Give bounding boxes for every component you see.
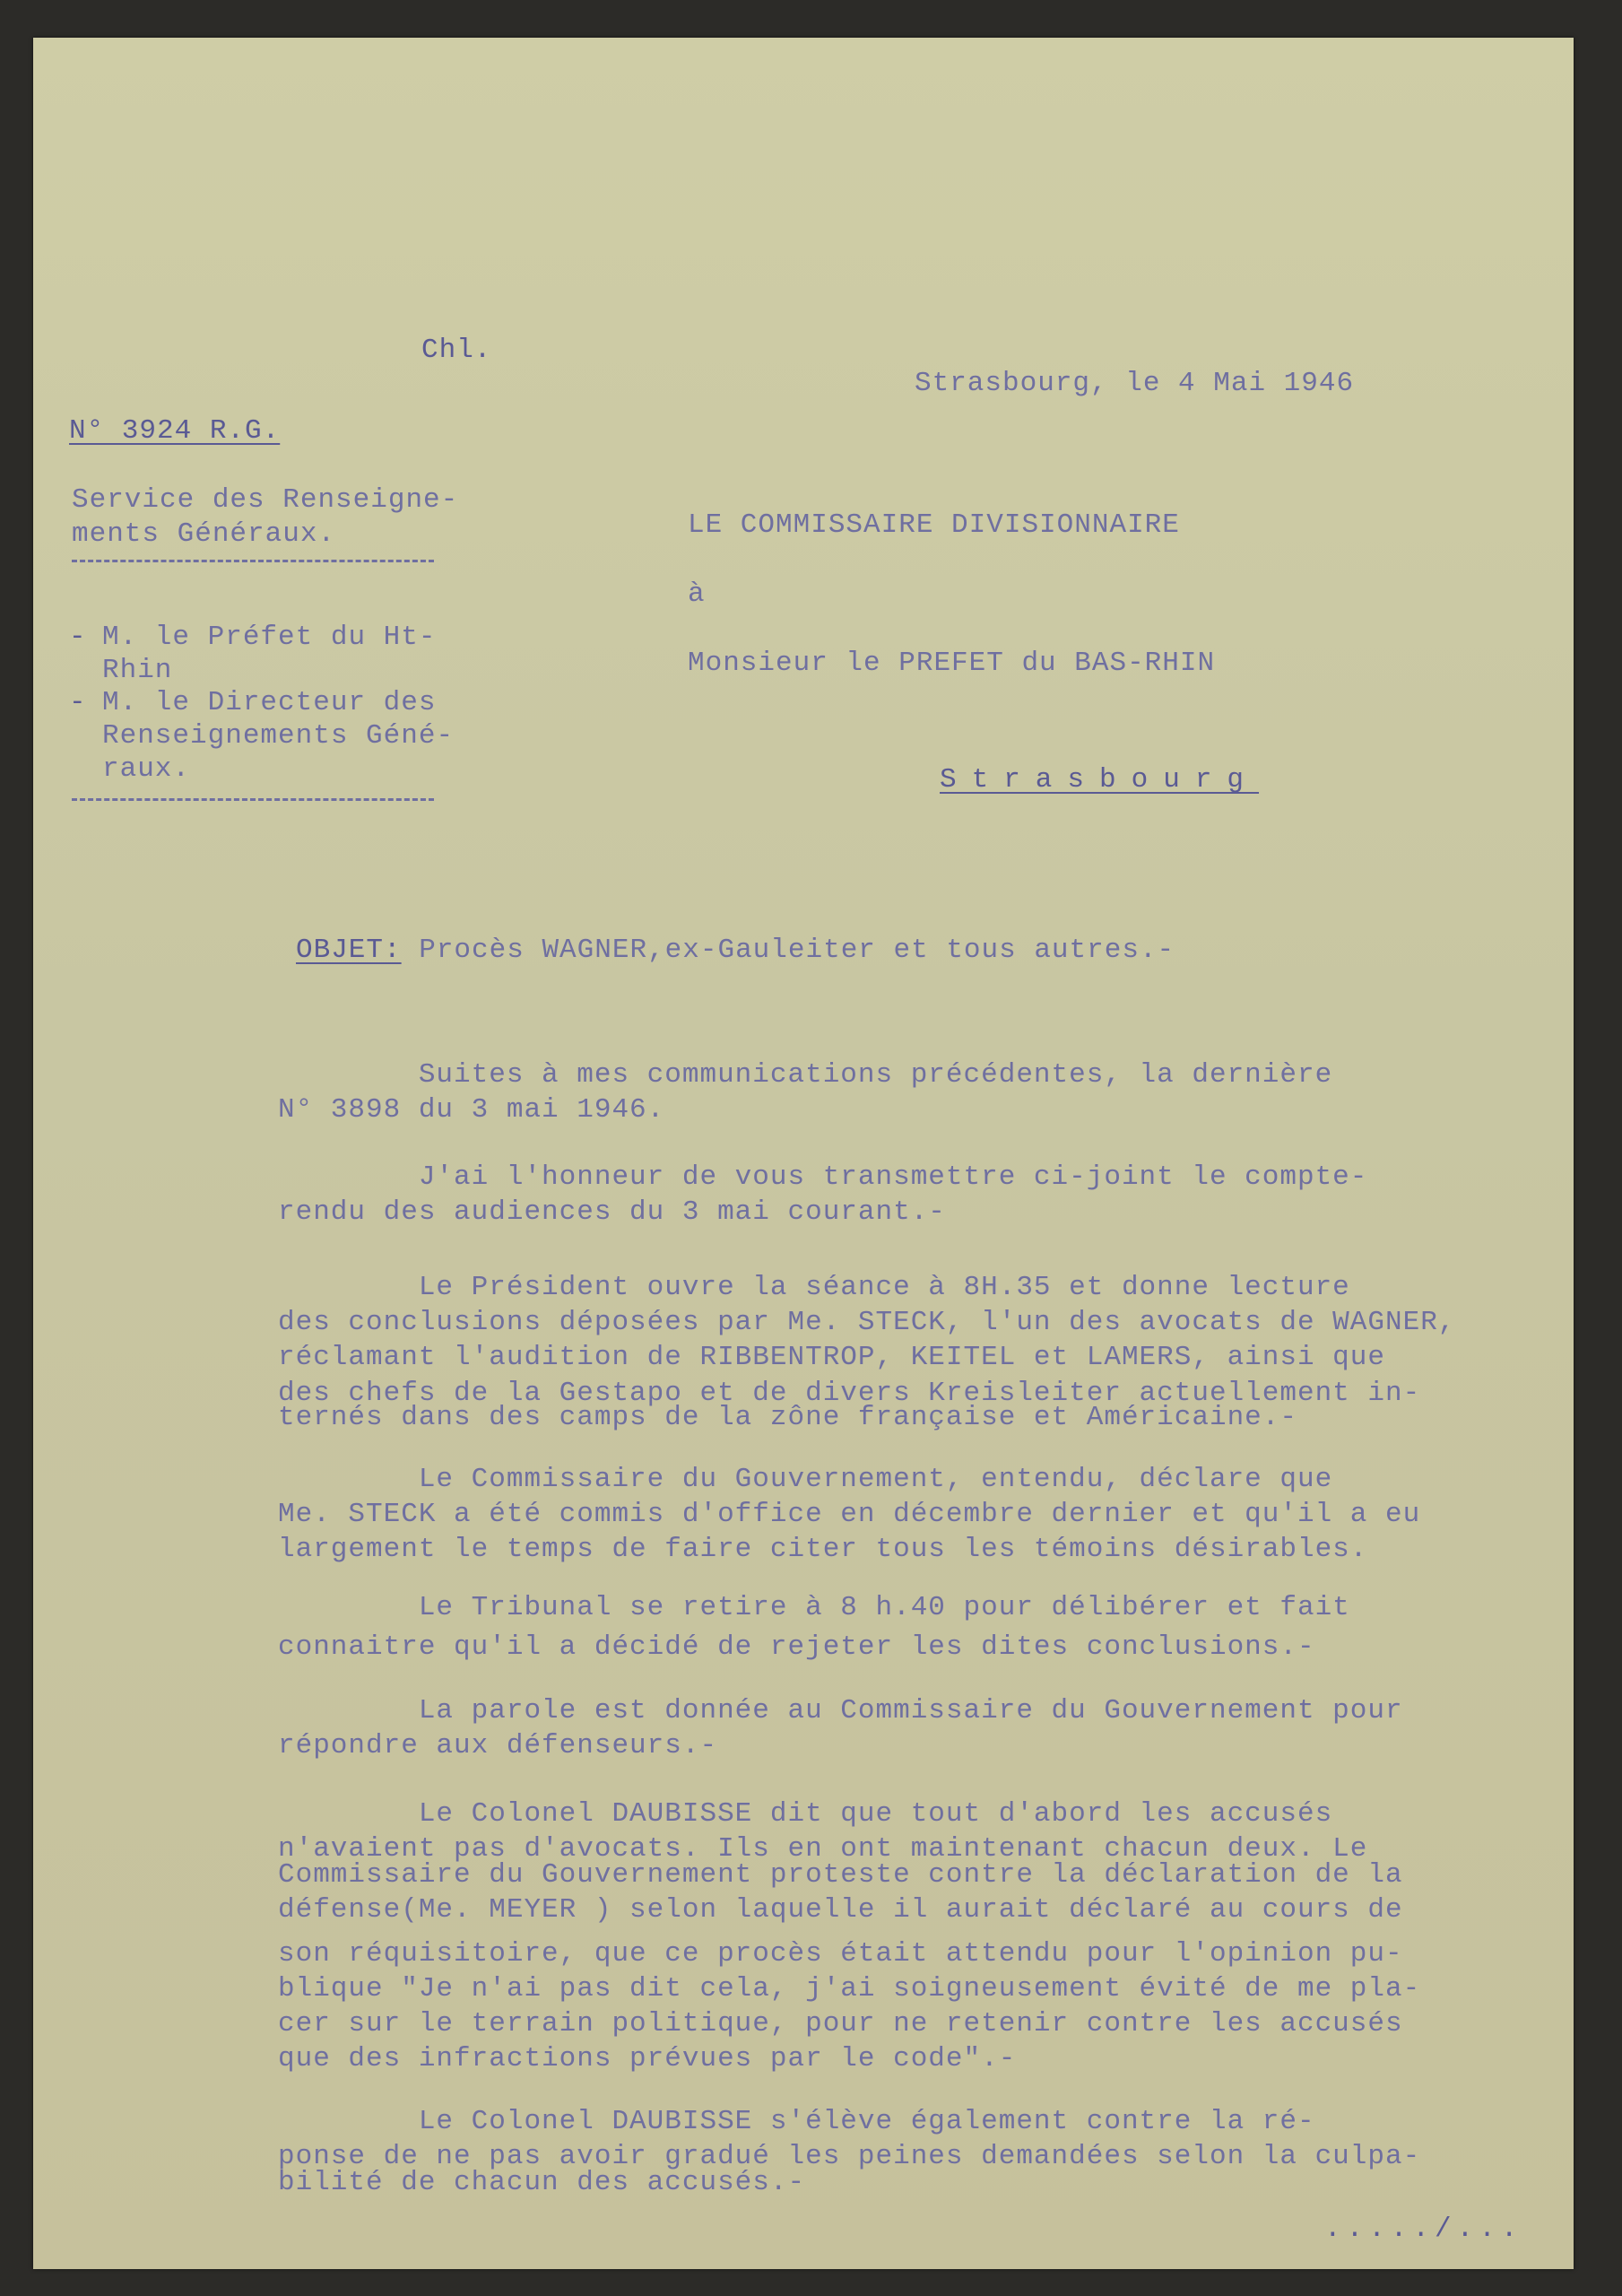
object-label: OBJET: xyxy=(296,935,402,966)
body-line: rendu des audiences du 3 mai courant.- xyxy=(278,1198,946,1226)
recipient: Monsieur le PREFET du BAS-RHIN xyxy=(688,649,1215,677)
body-line: bilité de chacun des accusés.- xyxy=(278,2169,805,2196)
body-line: Me. STECK a été commis d'office en décem… xyxy=(278,1500,1420,1528)
object-line: OBJET: Procès WAGNER,ex-Gauleiter et tou… xyxy=(296,936,1175,964)
copy-2-line-1: M. le Directeur des xyxy=(102,689,436,717)
copy-dash-2: - xyxy=(69,689,87,717)
body-line: Suites à mes communications précédentes,… xyxy=(278,1061,1332,1089)
body-line: Le Commissaire du Gouvernement, entendu,… xyxy=(278,1465,1332,1493)
body-line: N° 3898 du 3 mai 1946. xyxy=(278,1096,664,1124)
body-line: largement le temps de faire citer tous l… xyxy=(278,1535,1367,1563)
body-line: que des infractions prévues par le code"… xyxy=(278,2045,1016,2073)
divider xyxy=(72,798,434,801)
sender: LE COMMISSAIRE DIVISIONNAIRE xyxy=(688,511,1180,539)
object-text: Procès WAGNER,ex-Gauleiter et tous autre… xyxy=(402,935,1175,966)
place-date: Strasbourg, le 4 Mai 1946 xyxy=(915,370,1354,397)
to-word: à xyxy=(688,580,706,608)
body-line: cer sur le terrain politique, pour ne re… xyxy=(278,2010,1403,2038)
body-line: Le Colonel DAUBISSE dit que tout d'abord… xyxy=(278,1800,1332,1828)
body-line: des conclusions déposées par Me. STECK, … xyxy=(278,1309,1455,1336)
copy-2-line-3: raux. xyxy=(102,755,190,783)
document-page: Chl. Strasbourg, le 4 Mai 1946 N° 3924 R… xyxy=(33,38,1574,2269)
body-line: connaitre qu'il a décidé de rejeter les … xyxy=(278,1633,1315,1661)
divider xyxy=(72,560,434,562)
body-line: défense(Me. MEYER ) selon laquelle il au… xyxy=(278,1896,1403,1924)
body-line: ternés dans des camps de la zône françai… xyxy=(278,1404,1297,1431)
recipient-city: Strasbourg xyxy=(940,766,1259,794)
body-line: J'ai l'honneur de vous transmettre ci-jo… xyxy=(278,1163,1367,1191)
body-line: Le Colonel DAUBISSE s'élève également co… xyxy=(278,2108,1315,2135)
reference-number: N° 3924 R.G. xyxy=(69,417,280,445)
body-line: La parole est donnée au Commissaire du G… xyxy=(278,1697,1403,1725)
copy-dash-1: - xyxy=(69,623,87,651)
body-line: Commissaire du Gouvernement proteste con… xyxy=(278,1861,1403,1889)
service-line-1: Service des Renseigne- xyxy=(72,486,458,514)
body-line: blique "Je n'ai pas dit cela, j'ai soign… xyxy=(278,1975,1420,2003)
body-line: son réquisitoire, que ce procès était at… xyxy=(278,1940,1403,1968)
service-line-2: ments Généraux. xyxy=(72,520,335,548)
continuation-mark: ...../... xyxy=(1324,2215,1522,2243)
copy-2-line-2: Renseignements Géné- xyxy=(102,722,454,750)
typist-initials: Chl. xyxy=(421,336,491,364)
body-line: répondre aux défenseurs.- xyxy=(278,1732,717,1760)
body-line: Le Président ouvre la séance à 8H.35 et … xyxy=(278,1274,1350,1301)
copy-1-line-2: Rhin xyxy=(102,657,172,684)
body-line: Le Tribunal se retire à 8 h.40 pour déli… xyxy=(278,1594,1350,1622)
copy-1-line-1: M. le Préfet du Ht- xyxy=(102,623,436,651)
body-line: réclamant l'audition de RIBBENTROP, KEIT… xyxy=(278,1344,1385,1371)
